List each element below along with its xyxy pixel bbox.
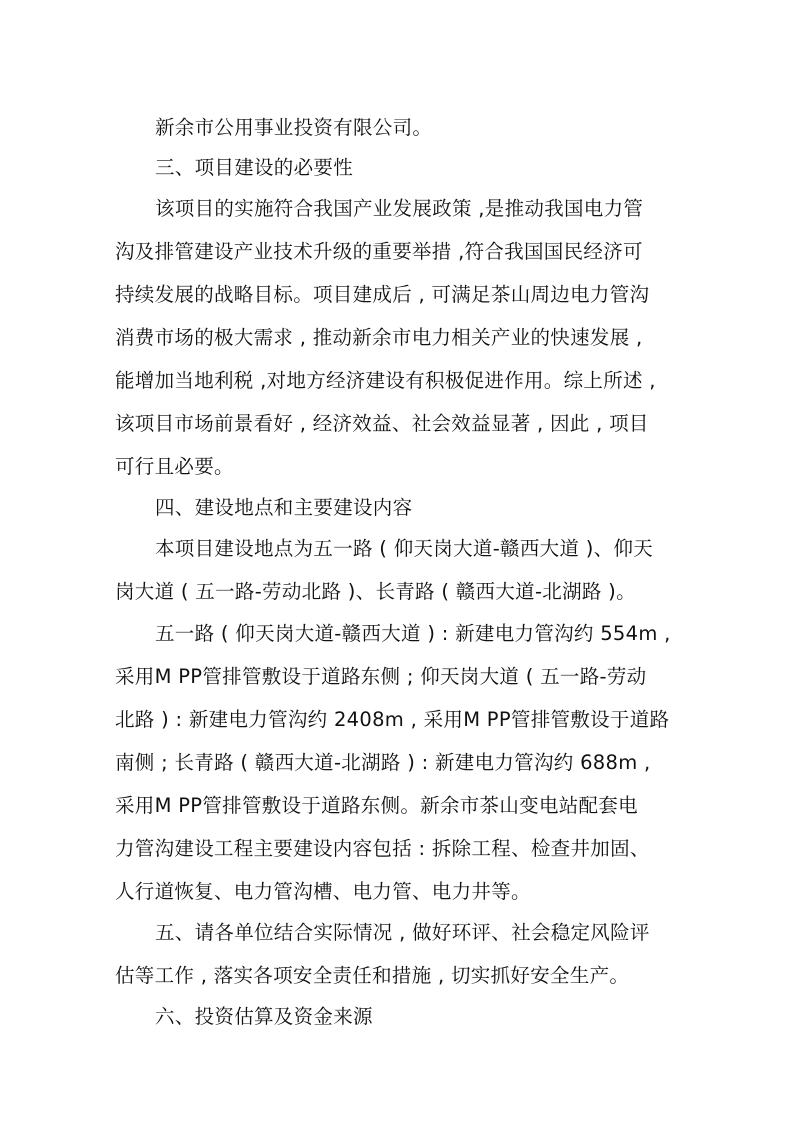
paragraph-line: 消费市场的极大需求 , 推动新余市电力相关产业的快速发展 ,	[115, 326, 690, 350]
paragraph-line-company: 新余市公用事业投资有限公司。	[155, 116, 730, 140]
section-heading-necessity: 三、项目建设的必要性	[155, 156, 730, 180]
paragraph-line: 持续发展的战略目标。项目建成后 , 可满足茶山周边电力管沟	[115, 283, 690, 307]
paragraph-line: 本项目建设地点为五一路 ( 仰天岗大道-赣西大道 )、仰天	[155, 537, 730, 561]
paragraph-line: 五、请各单位结合实际情况 , 做好环评、社会稳定风险评	[155, 921, 730, 945]
document-page: 新余市公用事业投资有限公司。 三、项目建设的必要性 该项目的实施符合我国产业发展…	[0, 0, 793, 1122]
paragraph-line: 采用M PP管排管敷设于道路东侧 ; 仰天岗大道 ( 五一路-劳动	[115, 665, 690, 689]
paragraph-line: 可行且必要。	[115, 455, 690, 479]
paragraph-line: 能增加当地利税 ,对地方经济建设有积极促进作用。综上所述 ,	[115, 369, 690, 393]
paragraph-line: 力管沟建设工程主要建设内容包括 : 拆除工程、检查井加固、	[115, 837, 690, 861]
paragraph-line: 该项目市场前景看好 , 经济效益、社会效益显著 , 因此 , 项目	[115, 412, 690, 436]
paragraph-line: 该项目的实施符合我国产业发展政策 ,是推动我国电力管	[155, 197, 730, 221]
paragraph-line: 人行道恢复、电力管沟槽、电力管、电力井等。	[115, 880, 690, 904]
paragraph-line: 南侧 ; 长青路 ( 赣西大道-北湖路 ) : 新建电力管沟约 688m ,	[115, 751, 690, 775]
section-heading-investment: 六、投资估算及资金来源	[155, 1005, 730, 1029]
paragraph-line: 岗大道 ( 五一路-劳动北路 )、长青路 ( 赣西大道-北湖路 )。	[115, 580, 690, 604]
paragraph-line: 沟及排管建设产业技术升级的重要举措 ,符合我国国民经济可	[115, 240, 690, 264]
paragraph-line: 采用M PP管排管敷设于道路东侧。新余市茶山变电站配套电	[115, 794, 690, 818]
paragraph-line: 五一路 ( 仰天岗大道-赣西大道 ) : 新建电力管沟约 554m ,	[155, 622, 730, 646]
paragraph-line: 北路 ) : 新建电力管沟约 2408m , 采用M PP管排管敷设于道路	[115, 708, 690, 732]
paragraph-line: 估等工作 , 落实各项安全责任和措施 , 切实抓好安全生产。	[115, 964, 690, 988]
section-heading-location: 四、建设地点和主要建设内容	[155, 496, 730, 520]
